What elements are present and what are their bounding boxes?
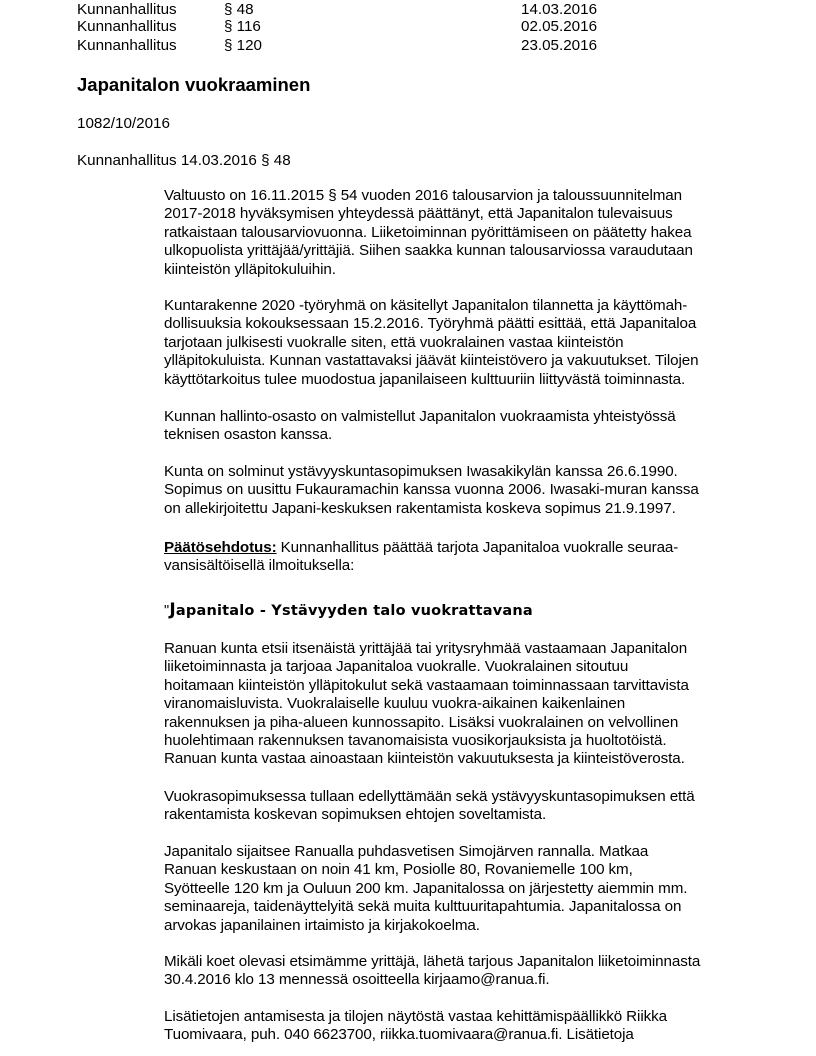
history-date: 23.05.2016	[521, 36, 597, 55]
paragraph-working-group: Kuntarakenne 2020 -työryhmä on käsitelly…	[164, 297, 764, 389]
paragraph-preparation: Kunnan hallinto-osasto on valmistellut J…	[164, 408, 764, 445]
text-line: Lisätietojen antamisesta ja tilojen näyt…	[164, 1008, 764, 1026]
text-line: Kunnan hallinto-osasto on valmistellut J…	[164, 408, 764, 426]
text-line: arvokas japanilainen irtaimisto ja kirja…	[164, 917, 764, 935]
paragraph-agreement-terms: Vuokrasopimuksessa tullaan edellyttämään…	[164, 788, 764, 825]
text-line: Vuokrasopimuksessa tullaan edellyttämään…	[164, 788, 764, 806]
paragraph-twin-town: Kunta on solminut ystävyyskuntasopimukse…	[164, 463, 764, 518]
advertisement-title: "Japanitalo - Ystävyyden talo vuokrattav…	[164, 600, 533, 621]
text-line: tarjotaan julkisesti vuokralle siten, et…	[164, 334, 764, 352]
history-body: Kunnanhallitus	[77, 36, 177, 55]
text-line: on allekirjoitettu Japani-keskuksen rake…	[164, 500, 764, 518]
document-title: Japanitalon vuokraaminen	[77, 73, 310, 97]
text-line: hoitamaan kiinteistön ylläpitokulut sekä…	[164, 677, 764, 695]
text-line: ulkopuolista yrittäjää/yrittäjiä. Siihen…	[164, 242, 764, 260]
paragraph-ad-body: Ranuan kunta etsii itsenäistä yrittäjää …	[164, 640, 764, 769]
text-line: Päätösehdotus: Kunnanhallitus päättää ta…	[164, 539, 764, 557]
proposal-label: Päätösehdotus:	[164, 539, 277, 556]
text-line: Kuntarakenne 2020 -työryhmä on käsitelly…	[164, 297, 764, 315]
text-line: ylläpitokuluista. Kunnan vastattavaksi j…	[164, 352, 764, 370]
text-line: Mikäli koet olevasi etsimämme yrittäjä, …	[164, 953, 764, 971]
history-paragraph: § 116	[224, 17, 261, 36]
ad-title-rest: apanitalo - Ystävyyden talo vuokrattavan…	[176, 603, 533, 619]
text-line: viranomaisluvista. Vuokralaiselle kuuluu…	[164, 695, 764, 713]
text-line: Ranuan kunta etsii itsenäistä yrittäjää …	[164, 640, 764, 658]
history-paragraph: § 120	[224, 36, 262, 55]
text-line: Japanitalo sijaitsee Ranualla puhdasveti…	[164, 843, 764, 861]
text-line: dollisuuksia kokouksessaan 15.2.2016. Ty…	[164, 315, 764, 333]
text-line: vansisältöisellä ilmoituksella:	[164, 557, 764, 575]
history-date: 02.05.2016	[521, 17, 597, 36]
text-line: Valtuusto on 16.11.2015 § 54 vuoden 2016…	[164, 187, 764, 205]
text-line: Tuomivaara, puh. 040 6623700, riikka.tuo…	[164, 1026, 764, 1044]
text-line: Ranuan kunta vastaa ainoastaan kiinteist…	[164, 750, 764, 768]
text-line: käyttötarkoitus tulee muodostua japanila…	[164, 371, 764, 389]
paragraph-council-decision: Valtuusto on 16.11.2015 § 54 vuoden 2016…	[164, 187, 764, 279]
text-line: rakennuksen ja piha-alueen kunnossapito.…	[164, 714, 764, 732]
decision-proposal: Päätösehdotus: Kunnanhallitus päättää ta…	[164, 539, 764, 576]
history-row: Kunnanhallitus § 120 23.05.2016	[0, 36, 816, 55]
text-line: liiketoiminnasta ja tarjoaa Japanitaloa …	[164, 658, 764, 676]
text-line: ratkaistaan talousarviovuonna. Liiketoim…	[164, 224, 764, 242]
text-line: huolehtimaan rakennuksen tavanomaisista …	[164, 732, 764, 750]
proposal-text: Kunnanhallitus päättää tarjota Japanital…	[277, 539, 679, 556]
text-line: Ranuan keskustaan on noin 41 km, Posioll…	[164, 861, 764, 879]
text-line: 2017-2018 hyväksymisen yhteydessä päättä…	[164, 205, 764, 223]
history-row: Kunnanhallitus § 116 02.05.2016	[0, 17, 816, 36]
paragraph-offer-submission: Mikäli koet olevasi etsimämme yrittäjä, …	[164, 953, 764, 990]
text-line: kiinteistön ylläpitokuluihin.	[164, 261, 764, 279]
text-line: 30.4.2016 klo 13 mennessä osoitteella ki…	[164, 971, 764, 989]
meeting-reference: Kunnanhallitus 14.03.2016 § 48	[77, 151, 291, 170]
paragraph-location: Japanitalo sijaitsee Ranualla puhdasveti…	[164, 843, 764, 935]
history-body: Kunnanhallitus	[77, 17, 177, 36]
paragraph-contact-info: Lisätietojen antamisesta ja tilojen näyt…	[164, 1008, 764, 1045]
text-line: Kunta on solminut ystävyyskuntasopimukse…	[164, 463, 764, 481]
diary-number: 1082/10/2016	[77, 114, 170, 133]
text-line: rakentamista koskevan sopimuksen ehtojen…	[164, 806, 764, 824]
text-line: seminaareja, taidenäyttelyitä sekä muita…	[164, 898, 764, 916]
text-line: teknisen osaston kanssa.	[164, 426, 764, 444]
text-line: Syötteelle 120 km ja Ouluun 200 km. Japa…	[164, 880, 764, 898]
text-line: Sopimus on uusittu Fukauramachin kanssa …	[164, 481, 764, 499]
